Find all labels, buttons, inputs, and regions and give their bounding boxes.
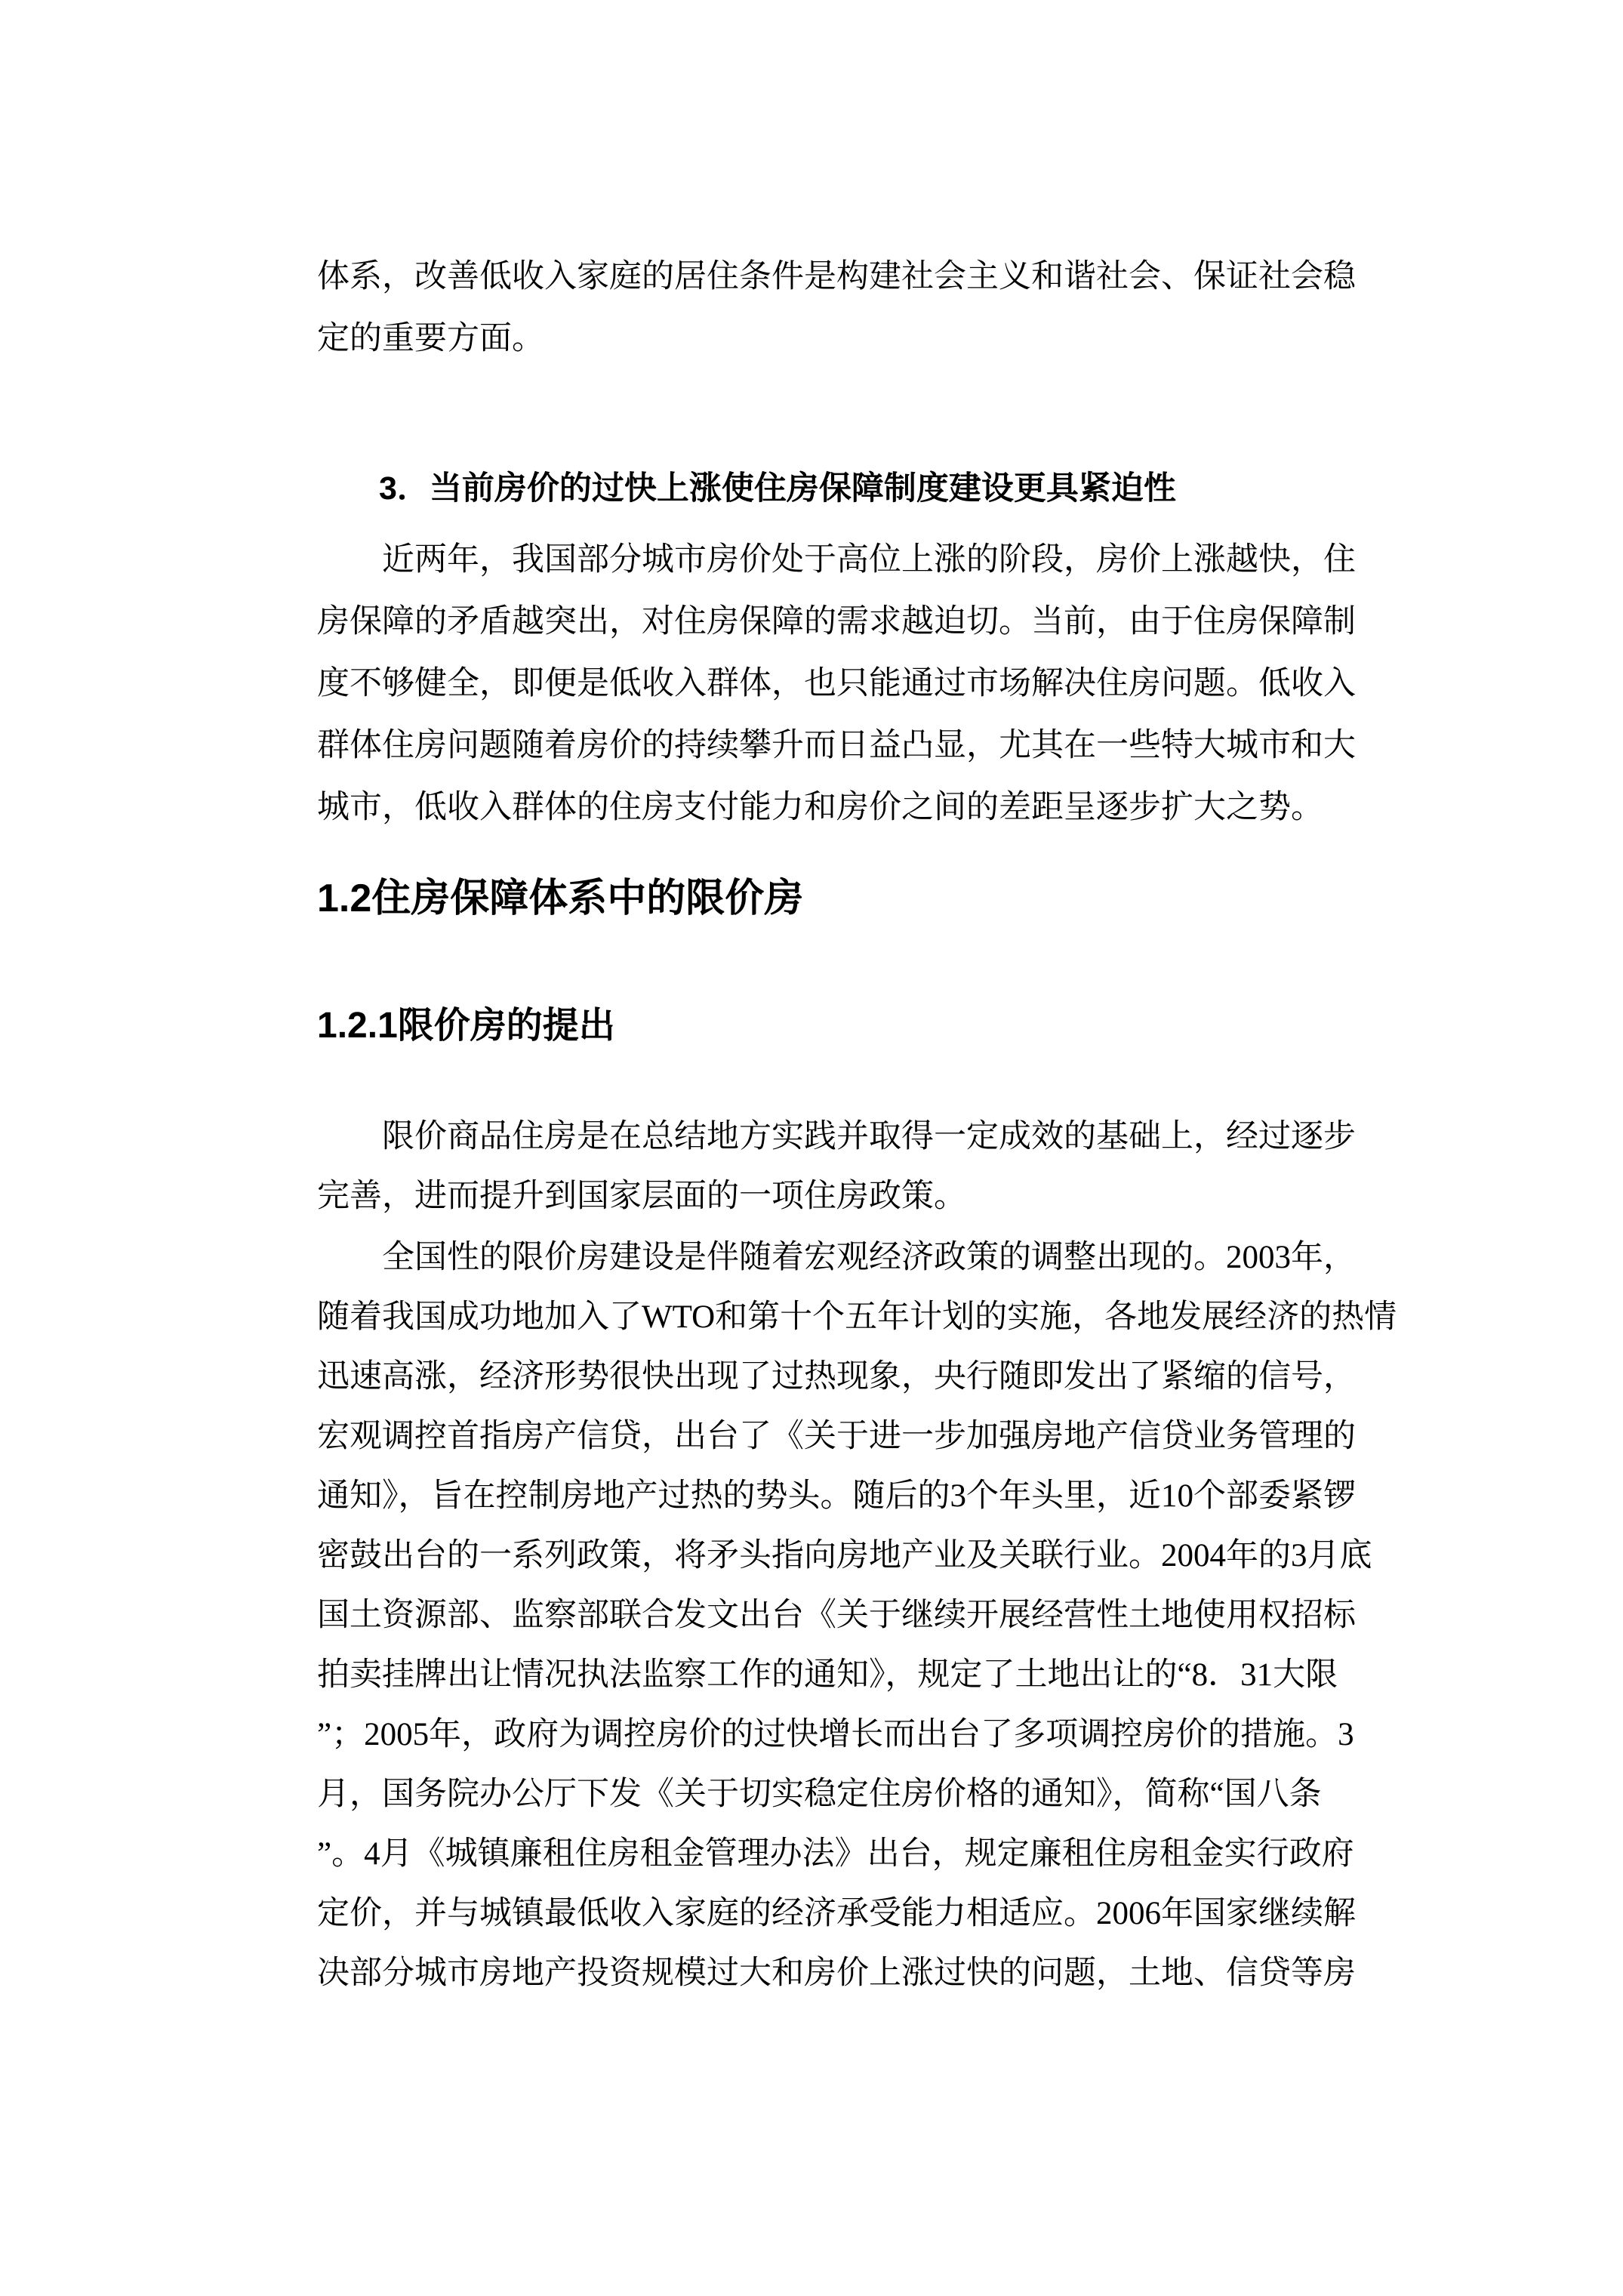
text-line: 房保障的矛盾越突出，对住房保障的需求越迫切。当前，由于住房保障制 xyxy=(317,591,1398,653)
text-line: ”；2005年，政府为调控房价的过快增长而出台了多项调控房价的措施。3 xyxy=(317,1705,1398,1764)
document-page: 体系，改善低收入家庭的居住条件是构建社会主义和谐社会、保证社会稳 定的重要方面。… xyxy=(0,0,1623,2296)
text-line: 密鼓出台的一系列政策，将矛头指向房地产业及关联行业。2004年的3月底 xyxy=(317,1526,1398,1586)
paragraph: 全国性的限价房建设是伴随着宏观经济政策的调整出现的。2003年， 随着我国成功地… xyxy=(317,1228,1398,2003)
numbered-heading-3: 3．当前房价的过快上涨使住房保障制度建设更具紧迫性 xyxy=(317,458,1398,519)
text-line: 宏观调控首指房产信贷，出台了《关于进一步加强房地产信贷业务管理的 xyxy=(317,1407,1398,1466)
paragraph-continuation: 体系，改善低收入家庭的居住条件是构建社会主义和谐社会、保证社会稳 定的重要方面。 xyxy=(317,246,1398,370)
text-line: 通知》，旨在控制房地产过热的势头。随后的3个年头里，近10个部委紧锣 xyxy=(317,1466,1398,1526)
subsection-heading-1-2-1: 1.2.1限价房的提出 xyxy=(317,994,1398,1059)
text-line: 拍卖挂牌出让情况执法监察工作的通知》，规定了土地出让的“8．31大限 xyxy=(317,1645,1398,1705)
text-line: 近两年，我国部分城市房价处于高位上涨的阶段，房价上涨越快，住 xyxy=(317,529,1398,591)
text-line: 限价商品住房是在总结地方实践并取得一定成效的基础上，经过逐步 xyxy=(317,1107,1398,1166)
text-line: 随着我国成功地加入了WTO和第十个五年计划的实施，各地发展经济的热情 xyxy=(317,1287,1398,1347)
text-line: 国土资源部、监察部联合发文出台《关于继续开展经营性土地使用权招标 xyxy=(317,1586,1398,1645)
text-line: 全国性的限价房建设是伴随着宏观经济政策的调整出现的。2003年， xyxy=(317,1228,1398,1287)
text-line: 体系，改善低收入家庭的居住条件是构建社会主义和谐社会、保证社会稳 xyxy=(317,246,1398,308)
paragraph: 近两年，我国部分城市房价处于高位上涨的阶段，房价上涨越快，住 房保障的矛盾越突出… xyxy=(317,529,1398,839)
text-line: 定价，并与城镇最低收入家庭的经济承受能力相适应。2006年国家继续解 xyxy=(317,1884,1398,1943)
text-line: 度不够健全，即便是低收入群体，也只能通过市场解决住房问题。低收入 xyxy=(317,653,1398,715)
text-line: 城市，低收入群体的住房支付能力和房价之间的差距呈逐步扩大之势。 xyxy=(317,777,1398,839)
text-line: 月，国务院办公厅下发《关于切实稳定住房价格的通知》，简称“国八条 xyxy=(317,1764,1398,1824)
text-line: 迅速高涨，经济形势很快出现了过热现象，央行随即发出了紧缩的信号， xyxy=(317,1347,1398,1407)
page-content: 体系，改善低收入家庭的居住条件是构建社会主义和谐社会、保证社会稳 定的重要方面。… xyxy=(0,0,1623,2003)
text-line: 决部分城市房地产投资规模过大和房价上涨过快的问题，土地、信贷等房 xyxy=(317,1943,1398,2003)
text-line: 完善，进而提升到国家层面的一项住房政策。 xyxy=(317,1166,1398,1226)
text-line: 群体住房问题随着房价的持续攀升而日益凸显，尤其在一些特大城市和大 xyxy=(317,715,1398,777)
text-line: 定的重要方面。 xyxy=(317,308,1398,370)
text-line: ”。4月《城镇廉租住房租金管理办法》出台，规定廉租住房租金实行政府 xyxy=(317,1824,1398,1884)
section-heading-1-2: 1.2住房保障体系中的限价房 xyxy=(317,864,1398,932)
paragraph: 限价商品住房是在总结地方实践并取得一定成效的基础上，经过逐步 完善，进而提升到国… xyxy=(317,1107,1398,1226)
